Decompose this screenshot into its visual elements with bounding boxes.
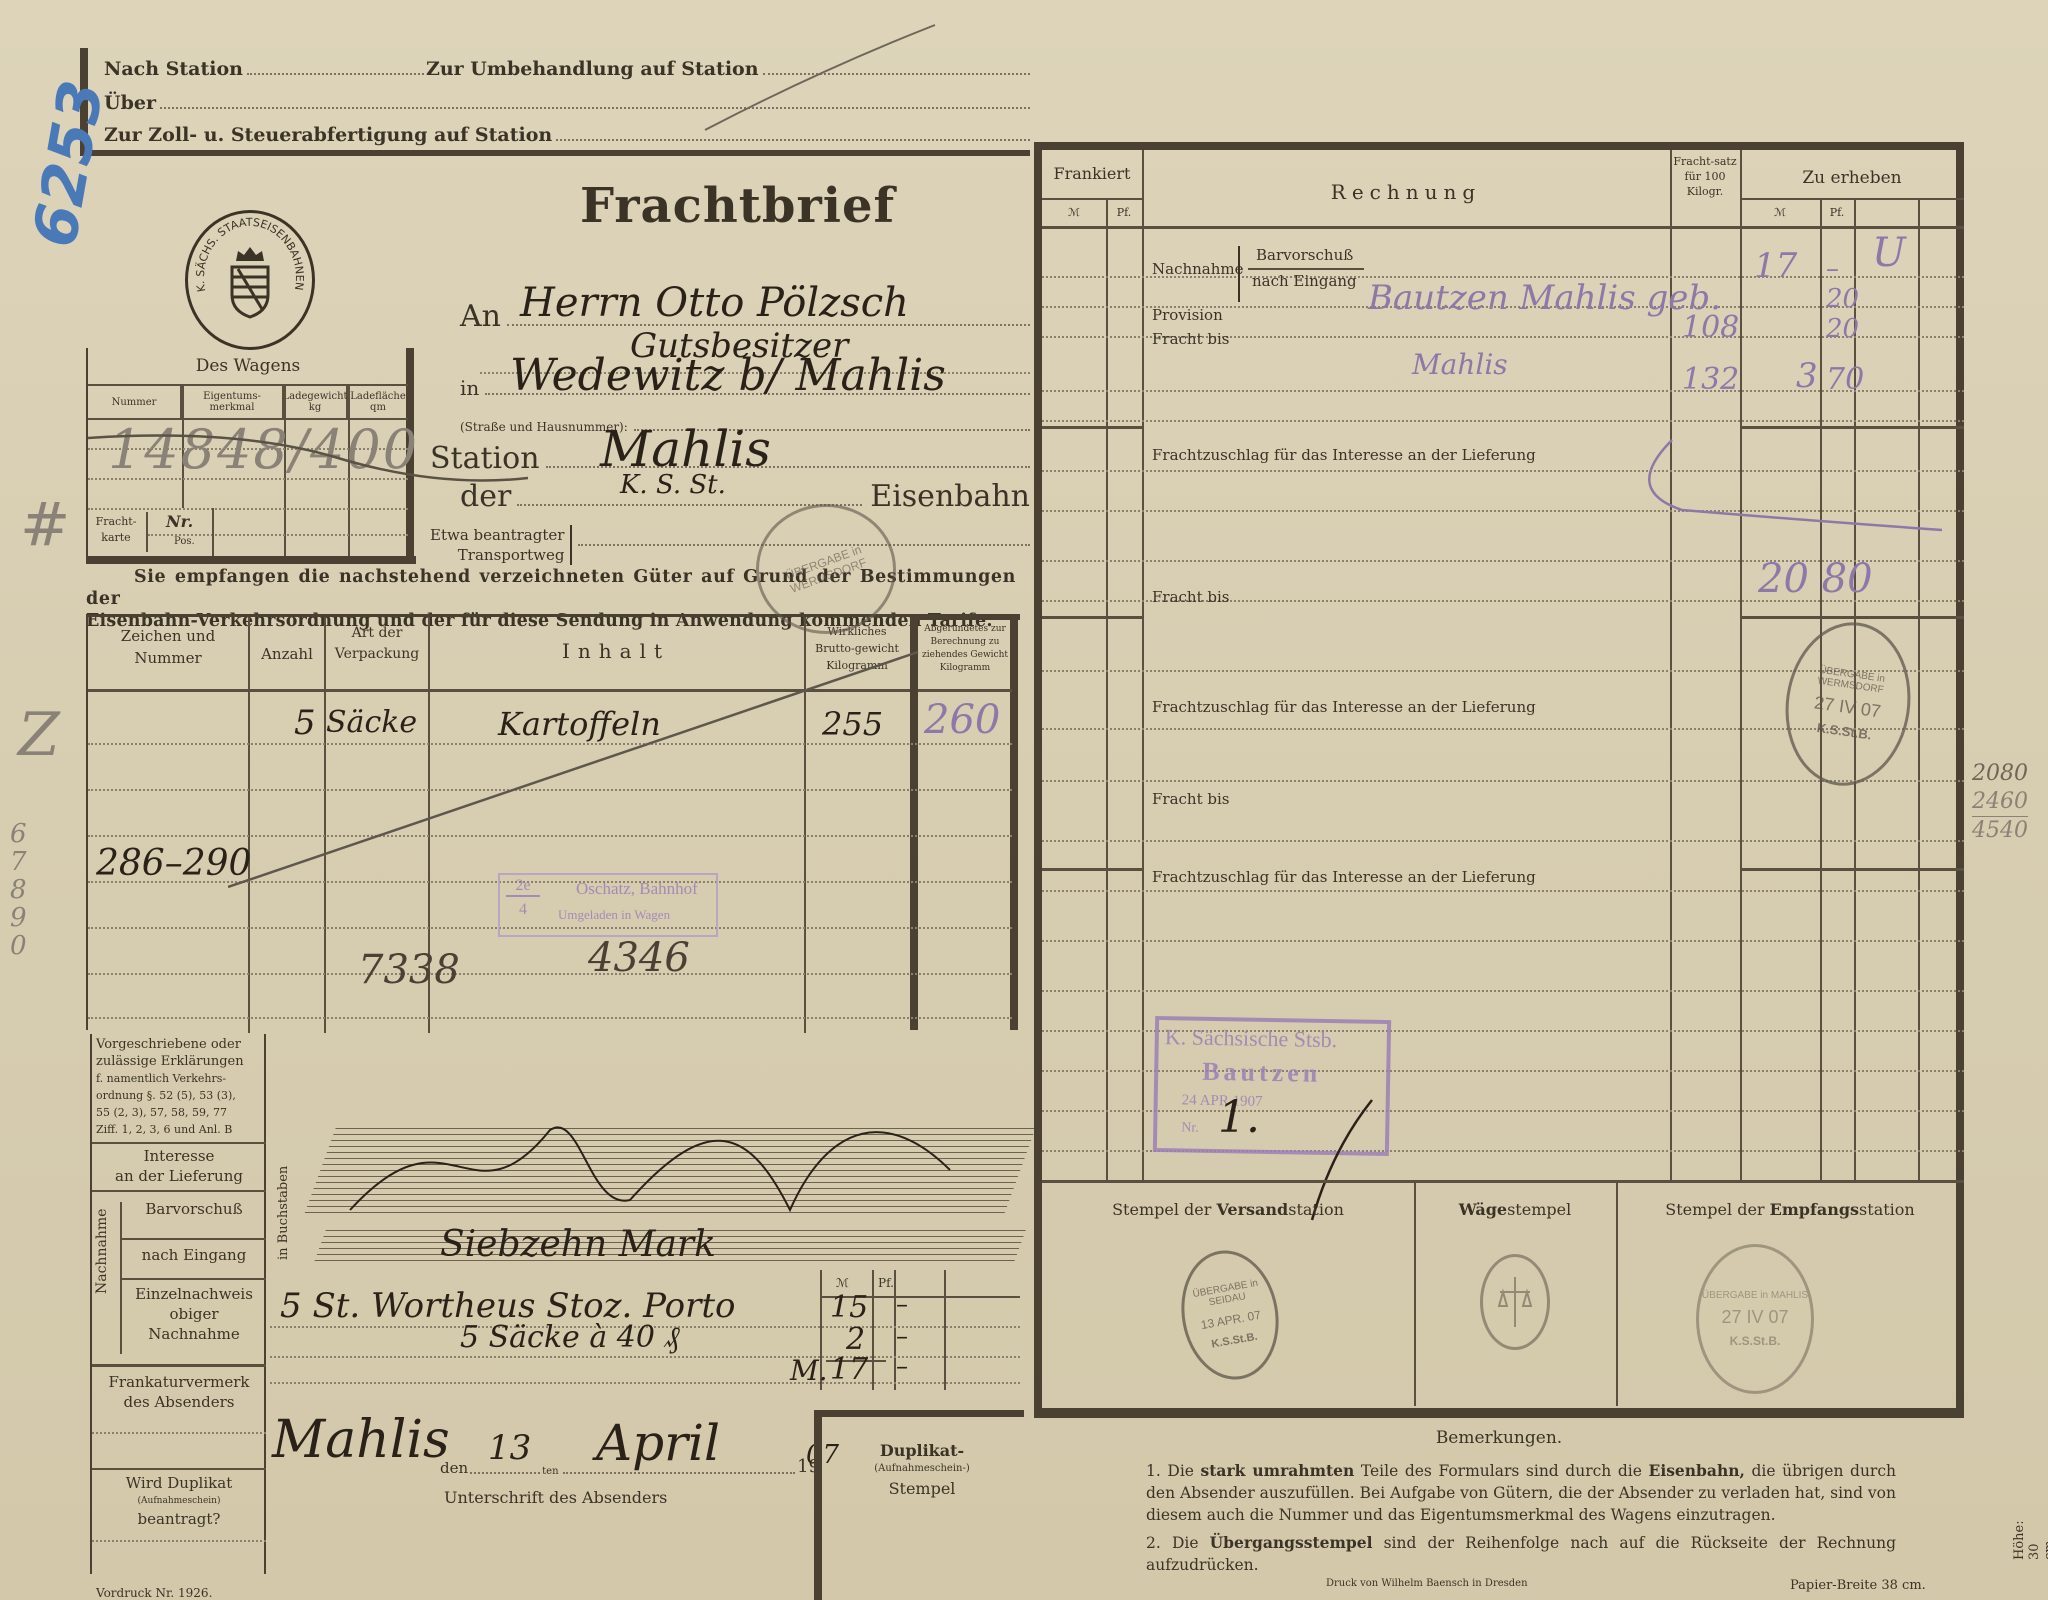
purple-curve xyxy=(1602,430,1962,550)
declarations-column: Vorgeschriebene oder zulässige Erklärung… xyxy=(90,1034,266,1574)
wagon-note-2: 4346 xyxy=(588,935,690,981)
frankiert-header: Frankiert xyxy=(1042,164,1142,183)
barvorschuss-label: Barvorschuß xyxy=(1256,246,1353,264)
pencil-diagonal xyxy=(228,647,928,897)
eisenbahn-label: Eisenbahn xyxy=(870,479,1030,514)
bemerkungen-item-1: 1. Die stark umrahmten Teile des Formula… xyxy=(1146,1460,1896,1526)
header-bottom-rule xyxy=(80,150,1030,156)
zu-erheben-pf: Pf. xyxy=(1820,206,1854,219)
printer-credit: Druck von Wilhelm Baensch in Dresden xyxy=(1326,1578,1528,1589)
frankatur-label: Frankaturvermerk des Absenders xyxy=(92,1372,266,1412)
paper-width: Papier-Breite 38 cm. xyxy=(1790,1578,1926,1593)
versand-stamp: ÜBERGABE in SEIDAU 13 APR. 07 K.S.St.B. xyxy=(1171,1243,1288,1388)
scale-emblem-icon xyxy=(1495,1272,1535,1332)
railway-value: K. S. St. xyxy=(620,470,726,500)
wermsdorf-stamp-right: ÜBERGABE in WERMSDORF 27 IV 07 K.S.St.B. xyxy=(1775,614,1921,794)
date-month: April xyxy=(596,1414,720,1472)
railway-emblem: K. SÄCHS. STAATSEISENBAHNEN xyxy=(185,210,315,350)
goods-table: Zeichen und Nummer Anzahl Art der Verpac… xyxy=(86,614,1018,1030)
frankiert-pf: Pf. xyxy=(1106,206,1142,219)
nachnahme-label: Nachnahme xyxy=(1152,260,1244,278)
fracht-bis-label-3: Fracht bis xyxy=(1152,790,1229,808)
frachtkarte-nr: Nr. xyxy=(166,512,193,531)
nachnahme-brace xyxy=(1238,246,1242,302)
frankiert-mark: ℳ xyxy=(1042,206,1106,219)
duplikat-label: Wird Duplikat (Aufnahmeschein) beantragt… xyxy=(92,1474,266,1528)
unterschrift-label: Unterschrift des Absenders xyxy=(444,1488,667,1507)
date-day: 13 xyxy=(488,1428,531,1468)
interesse-block: Interesse an der Lieferung xyxy=(92,1146,266,1186)
wermsdorf-stamp-top: ÜBERGABE in WERMSDORF xyxy=(756,504,896,634)
entry-route-1: Bautzen Mahlis geb. xyxy=(1368,278,1721,318)
fracht-bis-label-1: Fracht bis xyxy=(1152,330,1229,348)
railway-row[interactable]: der Eisenbahn xyxy=(460,474,1030,514)
amount-strike-scribble xyxy=(330,1120,1010,1220)
empfang-stamp-label: Stempel der Empfangsstation xyxy=(1616,1200,1964,1219)
rechnung-header: Rechnung xyxy=(1142,180,1670,204)
in-label: in xyxy=(460,376,479,400)
blue-crayon-number: 6253 xyxy=(20,76,118,253)
entry-nachnahme-mark: 17 xyxy=(1754,246,1797,286)
amount-total-mark: 17 xyxy=(830,1352,868,1387)
amount-line-1-pf: – xyxy=(896,1290,908,1318)
vordruck-number: Vordruck Nr. 1926. xyxy=(96,1586,212,1600)
signature-place: Mahlis xyxy=(272,1410,450,1470)
entry-fracht2-pf: 70 xyxy=(1826,362,1864,397)
barvorschuss-label: Barvorschuß xyxy=(124,1200,264,1218)
recipient-name: Herrn Otto Pölzsch xyxy=(520,280,909,326)
paper-height: Höhe: 30 cm. xyxy=(2012,1520,2048,1560)
zu-erheben-header: Zu erheben xyxy=(1740,168,1964,188)
wagon-note-1: 7338 xyxy=(358,947,460,993)
provision-label: Provision xyxy=(1152,306,1223,324)
amount-in-words: Siebzehn Mark xyxy=(440,1224,716,1265)
zoll-label: Zur Zoll- u. Steuerabfertigung auf Stati… xyxy=(104,124,552,146)
entry-satz-2: 132 xyxy=(1682,362,1739,397)
nachnahme-vertical-label: Nachnahme xyxy=(94,1209,110,1294)
fracht-bis-label-2: Fracht bis xyxy=(1152,588,1229,606)
margin-scribble-z: Z xyxy=(18,700,60,770)
in-buchstaben-label: in Buchstaben xyxy=(276,1166,291,1260)
wagon-strike-line xyxy=(88,408,528,488)
einzelnachweis-label: Einzelnachweis obiger Nachnahme xyxy=(124,1284,264,1344)
amount-total-label: M. xyxy=(790,1354,828,1387)
nach-eingang-label: nach Eingang xyxy=(124,1246,264,1264)
zuschlag-label-2: Frachtzuschlag für das Interesse an der … xyxy=(1152,698,1536,716)
zu-erheben-mark: ℳ xyxy=(1740,206,1820,219)
row1-abgerundet: 260 xyxy=(924,697,1000,743)
entry-fracht-pf: 20 xyxy=(1826,314,1859,344)
entry-satz-1: 108 xyxy=(1682,310,1739,345)
frachtsatz-header: Fracht-satz für 100 Kilogr. xyxy=(1670,154,1740,199)
nach-eingang-label: nach Eingang xyxy=(1252,272,1357,290)
wagon-box: Des Wagens Nummer Eigentums-merkmal Lade… xyxy=(86,348,414,564)
bemerkungen-title: Bemerkungen. xyxy=(1034,1428,1964,1448)
waege-stamp xyxy=(1480,1254,1550,1350)
entry-fracht2-mark: 3 xyxy=(1796,356,1818,396)
col-abgerundet: Abgerundetes zur Berechnung zu ziehendes… xyxy=(918,623,1012,675)
nach-station-label: Nach Station xyxy=(104,58,243,80)
versand-stamp-label: Stempel der Versandstation xyxy=(1042,1200,1414,1219)
transportweg-row[interactable]: Etwa beantragter Transportweg xyxy=(430,522,1030,568)
zuschlag-label-3: Frachtzuschlag für das Interesse an der … xyxy=(1152,868,1536,886)
waege-stamp-label: Wägestempel xyxy=(1414,1200,1616,1219)
frachtkarte-pos: Pos. xyxy=(174,536,195,547)
recipient-town: Wedewitz b/ Mahlis xyxy=(510,350,946,401)
rechnung-frame: Frankiert ℳ Pf. Rechnung Fracht-satz für… xyxy=(1034,142,1964,1418)
saxony-crest-icon: K. SÄCHS. STAATSEISENBAHNEN xyxy=(188,213,312,347)
empfang-stamp: ÜBERGABE in MAHLIS 27 IV 07 K.S.St.B. xyxy=(1696,1244,1814,1394)
an-label: An xyxy=(460,299,501,334)
nach-station-field[interactable]: Nach Station xyxy=(104,50,424,80)
amount-mark-header: ℳ xyxy=(836,1276,849,1290)
bemerkungen-item-2: 2. Die Übergangsstempel sind der Reihenf… xyxy=(1146,1532,1896,1576)
zuschlag-label-1: Frachtzuschlag für das Interesse an der … xyxy=(1152,446,1536,464)
duplikat-stamp-box: Duplikat- (Aufnahmeschein-) Stempel xyxy=(814,1410,1024,1600)
entry-provision-pf: 20 xyxy=(1826,284,1859,314)
amount-line-2: 5 Säcke à 40 ₰ xyxy=(460,1320,679,1355)
margin-scribble-hash: # xyxy=(20,490,70,560)
amount-line-2-pf: – xyxy=(896,1322,908,1350)
margin-sum: 2080 2460 4540 xyxy=(1972,760,2028,845)
amount-total-pf: – xyxy=(896,1352,908,1380)
frachtkarte-label: Fracht- karte xyxy=(90,514,142,546)
pencil-stroke-top xyxy=(700,20,940,140)
page-title: Frachtbrief xyxy=(580,178,895,234)
entry-nachnahme-note: U xyxy=(1872,230,1906,276)
wagon-title: Des Wagens xyxy=(88,356,408,376)
entry-nachnahme-pf: – xyxy=(1826,254,1839,284)
amount-line-1-mark: 15 xyxy=(830,1290,868,1325)
vorgeschrieben-block: Vorgeschriebene oder zulässige Erklärung… xyxy=(96,1036,264,1138)
amount-pf-header: Pf. xyxy=(878,1276,894,1290)
second-fracht-total: 20 80 xyxy=(1758,556,1873,602)
entry-route-2: Mahlis xyxy=(1412,348,1508,381)
col-zeichen: Zeichen und Nummer xyxy=(108,625,228,669)
margin-numbers: 6 7 8 9 0 xyxy=(10,820,40,960)
